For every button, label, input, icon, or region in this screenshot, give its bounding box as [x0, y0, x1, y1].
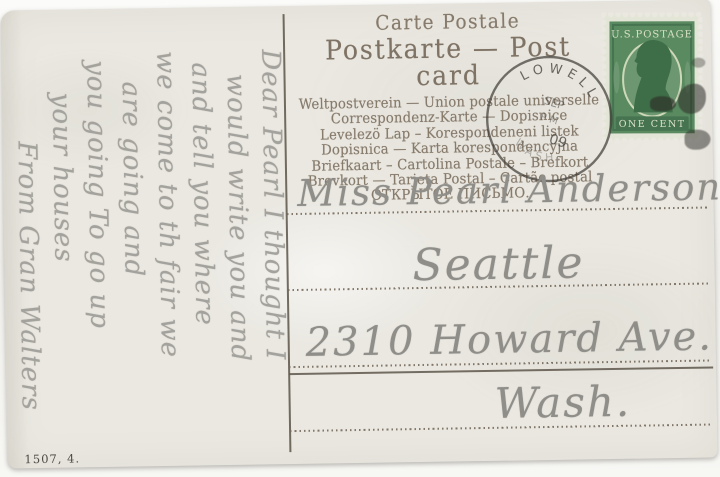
address-city: Seattle	[412, 237, 585, 291]
cancellation-mark	[650, 96, 676, 111]
cancellation-mark	[684, 129, 710, 149]
postmark-meridiem: P M	[539, 112, 559, 128]
handwritten-message: Dear Pearl I thought I would write you a…	[0, 15, 294, 477]
printer-code: 1507, 4.	[24, 451, 80, 466]
address-state: Wash.	[494, 377, 631, 428]
message-line: From Gran Walters	[7, 19, 49, 477]
postcard-photo: Dear Pearl I thought I would write you a…	[0, 0, 720, 477]
postmark-year: 09	[547, 131, 569, 152]
stamp-denomination-label: ONE CENT	[619, 119, 686, 130]
address-street: 2310 Howard Ave.	[305, 313, 713, 365]
postmark-month: SEP	[542, 94, 566, 113]
message-line: and tell you where	[182, 16, 224, 476]
message-line: are going and	[112, 17, 154, 477]
message-line: would write you and	[217, 16, 259, 476]
address-solid-line	[289, 366, 713, 374]
message-line: you going To go up	[77, 18, 119, 477]
address-recipient: Miss Pearl Anderson	[297, 165, 720, 215]
stamp-country-label: U.S.POSTAGE	[611, 29, 693, 40]
cancellation-mark	[691, 58, 705, 68]
header-carte-postale: Carte Postale	[294, 9, 601, 34]
postcard-back: Dear Pearl I thought I would write you a…	[0, 0, 717, 469]
message-line: we come to th fair we	[147, 17, 189, 477]
